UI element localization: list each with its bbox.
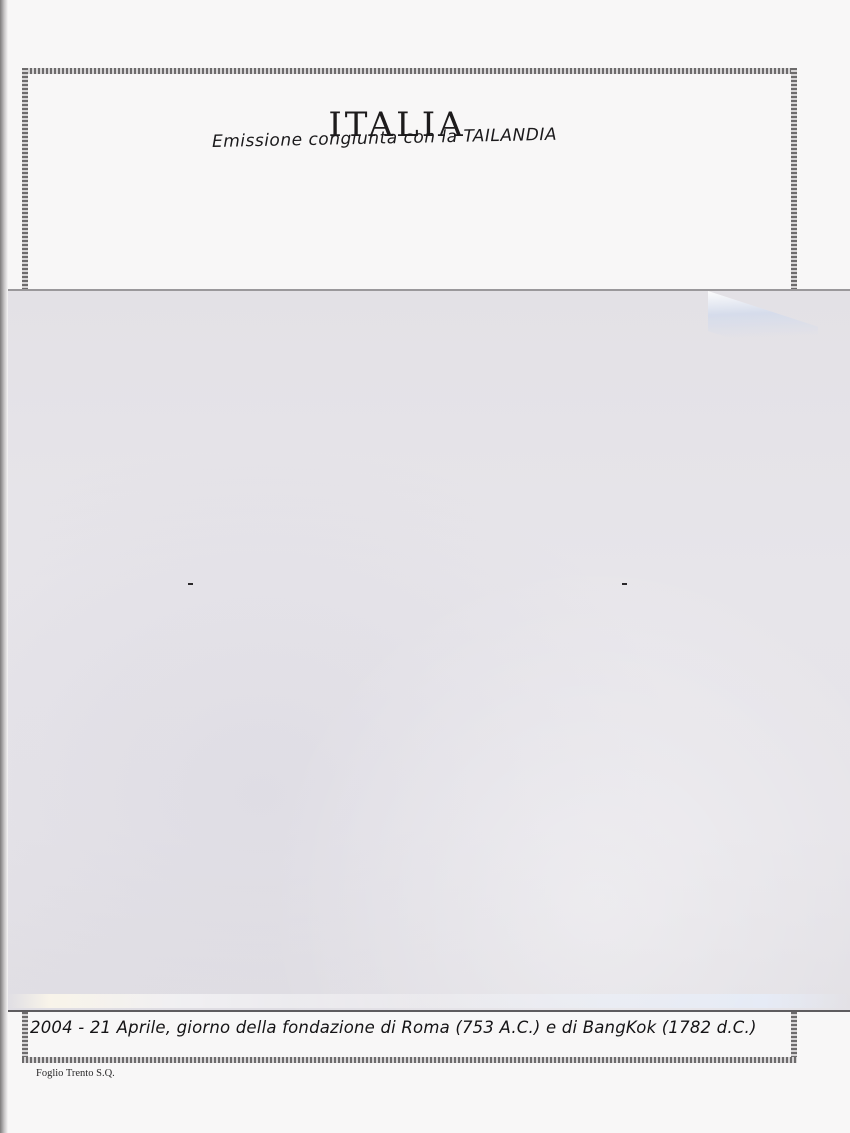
page-border-top [22,68,797,74]
publisher-footer: Foglio Trento S.Q. [36,1068,115,1079]
handwritten-caption: 2004 - 21 Aprile, giorno della fondazion… [30,1018,790,1037]
stamp-mount-pocket[interactable] [8,289,850,1012]
plastic-glare-top [708,291,818,367]
plastic-glare-bottom [8,994,850,1008]
alignment-mark-right [622,583,627,585]
scan-shadow-edge [0,0,8,1133]
page-border-bottom [22,1057,797,1063]
alignment-mark-left [188,583,193,585]
